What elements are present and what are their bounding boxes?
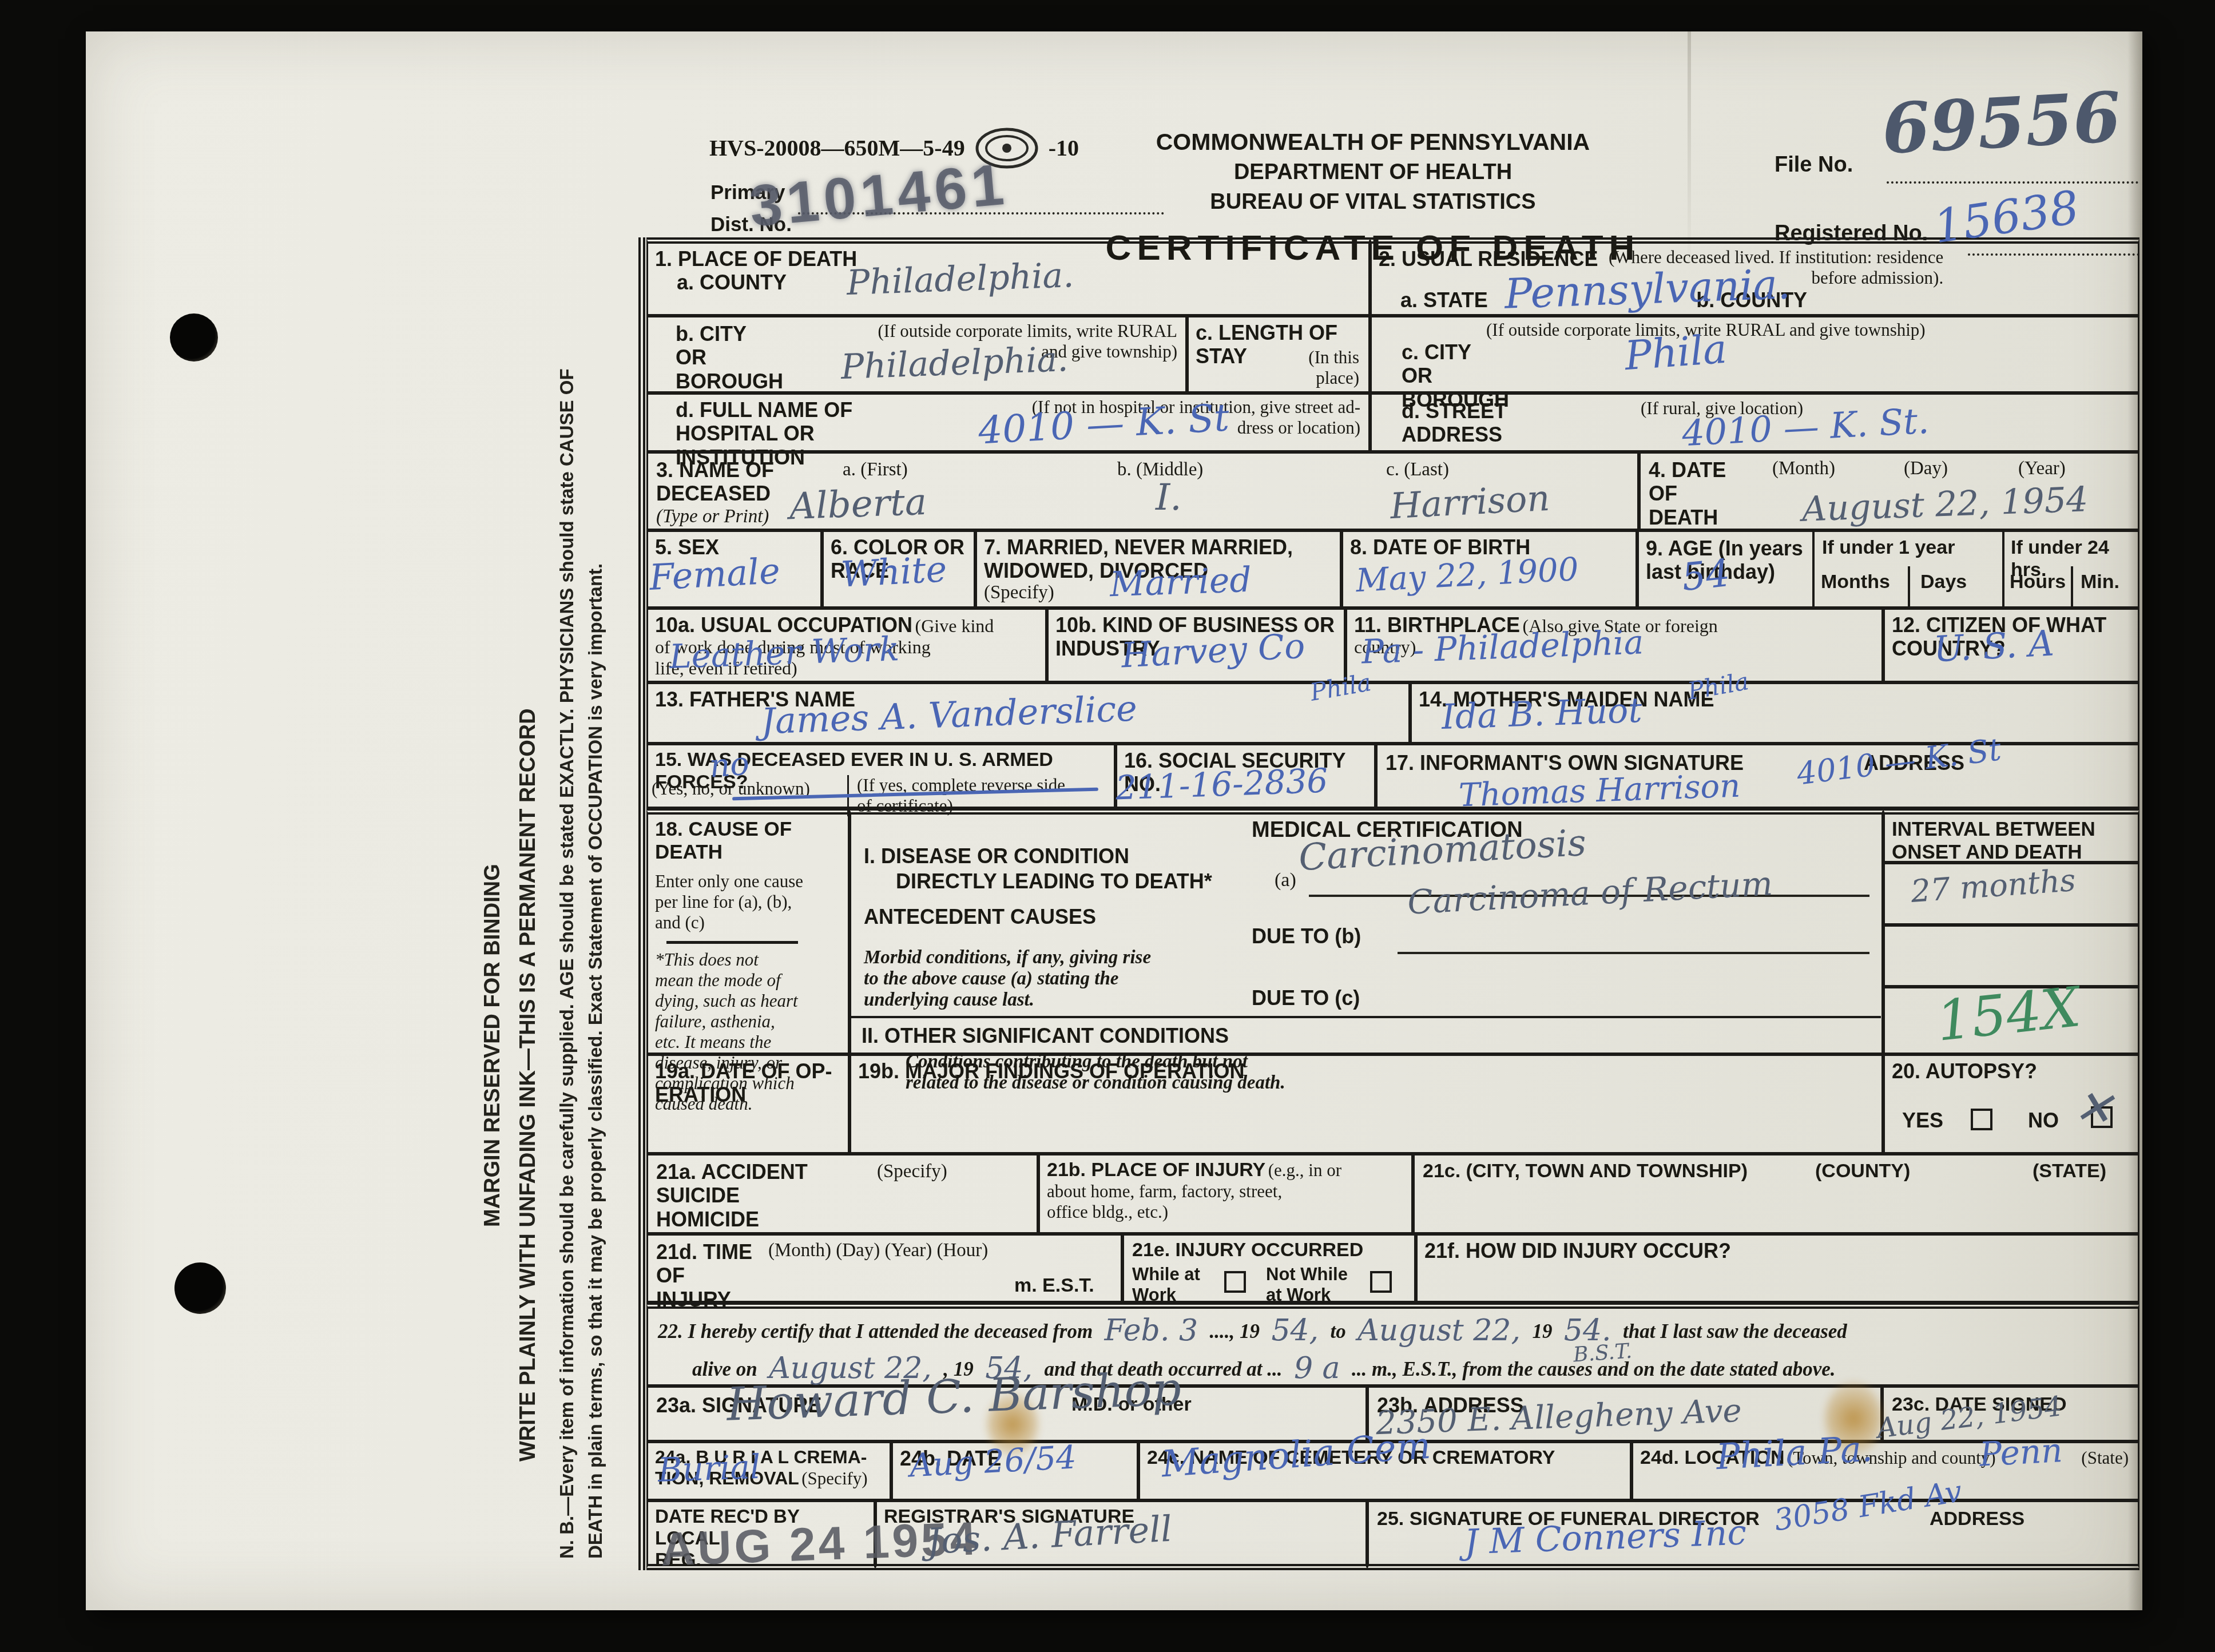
field-3-label: 3. NAME OF DECEASED xyxy=(656,458,774,506)
field-2-label: 2. USUAL RESIDENCE xyxy=(1379,247,1598,271)
field-21f-label: 21f. HOW DID INJURY OCCUR? xyxy=(1424,1239,2131,1262)
field-3-first-label: a. (First) xyxy=(843,459,908,480)
field-21e-box: 21e. INJURY OCCURRED While at Work Not W… xyxy=(1122,1234,1416,1302)
field-20-label: 20. AUTOPSY? xyxy=(1892,1059,2131,1083)
due-to-b-tag: DUE TO (b) xyxy=(1252,924,1361,948)
morbid-text: Morbid conditions, if any, giving rise t… xyxy=(864,947,1151,1011)
value-citizenship: U. S. A xyxy=(1932,622,2055,670)
margin-binding-text: MARGIN RESERVED FOR BINDING xyxy=(481,398,505,1227)
value-armed-forces: no xyxy=(708,745,751,785)
certify-p4: 19 xyxy=(1532,1320,1552,1343)
field-4-day-label: (Day) xyxy=(1904,458,1948,479)
margin-plainly-text: WRITE PLAINLY WITH UNFADING INK—THIS IS … xyxy=(516,237,541,1462)
field-18-instructions-box: 18. CAUSE OF DEATH Enter only one cause … xyxy=(646,808,850,1054)
field-19a-label: 19a. DATE OF OP- ERATION xyxy=(655,1059,841,1107)
injury-at-work-checkbox[interactable] xyxy=(1224,1271,1246,1293)
disease-label-2: DIRECTLY LEADING TO DEATH* xyxy=(896,869,1212,893)
field-21b-box: 21b. PLACE OF INJURY (e.g., in or about … xyxy=(1038,1154,1413,1234)
field-1b-label: b. CITY OR BOROUGH xyxy=(676,322,783,393)
value-place-city: Philadelphia. xyxy=(840,339,1069,387)
field-21d-label: 21d. TIME OF INJURY xyxy=(656,1240,752,1311)
disease-a-tag: (a) xyxy=(1275,869,1296,891)
certify-from-date: Feb. 3 xyxy=(1105,1313,1198,1348)
disease-label-1: I. DISEASE OR CONDITION xyxy=(864,844,1129,868)
field-19b-label: 19b. MAJOR FINDINGS OF OPERATION xyxy=(858,1059,1875,1083)
file-no-value: 69556 xyxy=(1880,77,2123,170)
field-1c-stay-box: c. LENGTH OF STAY (In this place) xyxy=(1187,316,1370,393)
age-divider-3 xyxy=(2002,532,2004,606)
age-under1-label: If under 1 year xyxy=(1822,537,1955,559)
field-4-month-label: (Month) xyxy=(1772,458,1835,479)
field-19a-box: 19a. DATE OF OP- ERATION xyxy=(646,1054,850,1154)
age-days-label: Days xyxy=(1920,571,1967,593)
autopsy-yes-checkbox[interactable] xyxy=(1971,1109,1992,1130)
field-3-last-label: c. (Last) xyxy=(1386,459,1449,480)
field-21a-box: 21a. ACCIDENT SUICIDE HOMICIDE (Specify) xyxy=(646,1154,1038,1234)
interval-label-box: INTERVAL BETWEEN ONSET AND DEATH xyxy=(1883,808,2139,863)
autopsy-no-label: NO xyxy=(2028,1109,2059,1132)
certify-bst-note: B.S.T. xyxy=(1573,1339,1633,1367)
certify-hour: 9 a xyxy=(1294,1351,1340,1385)
other-conditions-label: II. OTHER SIGNIFICANT CONDITIONS xyxy=(862,1024,1229,1047)
value-occupation: Leather Work xyxy=(669,629,900,676)
field-21f-box: 21f. HOW DID INJURY OCCUR? xyxy=(1416,1234,2139,1302)
field-20-autopsy-box: 20. AUTOPSY? YES NO ✕ xyxy=(1883,1054,2139,1154)
field-18-inst1: Enter only one cause per line for (a), (… xyxy=(655,871,841,933)
certify-p1: 22. I hereby certify that I attended the… xyxy=(658,1320,1093,1343)
field-1c-paren: (In this place) xyxy=(1308,347,1359,388)
age-divider-1 xyxy=(1812,532,1815,606)
injury-not-at-work-checkbox[interactable] xyxy=(1370,1271,1392,1293)
value-residence-state: Pennsylvania. xyxy=(1504,260,1792,317)
field-21c-label: 21c. (CITY, TOWN AND TOWNSHIP) xyxy=(1423,1160,1748,1182)
age-hours-label: Hours xyxy=(2010,571,2066,593)
due-to-c-tag: DUE TO (c) xyxy=(1252,986,1360,1010)
autopsy-no-mark: ✕ xyxy=(2071,1079,2115,1138)
value-name-middle: I. xyxy=(1156,476,1182,519)
field-2c-city-box: c. CITY OR BOROUGH (If outside corporate… xyxy=(1370,316,2139,393)
file-no-label: File No. xyxy=(1775,153,1853,178)
death-certificate-sheet: MARGIN RESERVED FOR BINDING WRITE PLAINL… xyxy=(86,31,2142,1610)
field-21d-est: m. E.S.T. xyxy=(1014,1274,1094,1297)
department-line: DEPARTMENT OF HEALTH xyxy=(995,160,1750,185)
certify-line-1: 22. I hereby certify that I attended the… xyxy=(658,1311,1847,1353)
value-residence-city: Phila xyxy=(1623,325,1728,379)
value-marital: Married xyxy=(1109,560,1252,605)
value-cemetery-state: Penn xyxy=(1978,1431,2063,1474)
injury-not-at-work-label: Not While at Work xyxy=(1266,1264,1348,1305)
field-21d-box: 21d. TIME OF INJURY (Month) (Day) (Year)… xyxy=(646,1234,1122,1302)
value-mother-name: Ida B. Huot xyxy=(1441,690,1643,737)
form-left-rule xyxy=(638,237,645,1570)
photographed-death-certificate: { "colors": { "paper":"#e9e8e0", "line":… xyxy=(0,0,2215,1652)
field-21a-label: 21a. ACCIDENT SUICIDE HOMICIDE xyxy=(656,1160,808,1231)
interval-b-box xyxy=(1883,925,2139,987)
field-21a-specify: (Specify) xyxy=(877,1161,947,1182)
punch-hole-bottom xyxy=(174,1262,226,1314)
field-4-year-label: (Year) xyxy=(2018,458,2066,479)
age-min-label: Min. xyxy=(2081,571,2119,593)
age-divider-2 xyxy=(1908,566,1910,606)
autopsy-yes-label: YES xyxy=(1902,1109,1943,1132)
margin-nb-line2: DEATH in plain terms, so that it may be … xyxy=(585,140,606,1559)
punch-hole-top xyxy=(170,313,218,362)
field-24a-specify: (Specify) xyxy=(801,1468,867,1488)
field-21e-label: 21e. INJURY OCCURRED xyxy=(1132,1239,1363,1261)
field-21b-label: 21b. PLACE OF INJURY xyxy=(1047,1159,1265,1181)
other-conditions-divider xyxy=(851,1016,1881,1018)
value-sex: Female xyxy=(648,550,781,598)
due-to-b-line xyxy=(1398,952,1869,954)
certify-p2: ...., 19 xyxy=(1210,1320,1260,1343)
certify-p3: to xyxy=(1331,1320,1346,1343)
value-age: 54 xyxy=(1680,551,1732,599)
field-4-label: 4. DATE OF DEATH xyxy=(1649,458,1726,529)
certify-to-date: August 22, xyxy=(1357,1313,1521,1348)
value-burial: Burial xyxy=(657,1447,761,1490)
certify-from-year: 54, xyxy=(1271,1313,1319,1348)
field-21d-cols: (Month) (Day) (Year) (Hour) xyxy=(768,1240,988,1261)
field-2a-label: a. STATE xyxy=(1400,288,1488,312)
field-21c-county-label: (COUNTY) xyxy=(1815,1160,1910,1182)
value-ssn: 211-16-2836 xyxy=(1115,761,1328,808)
field-18-label: 18. CAUSE OF DEATH xyxy=(655,818,841,864)
antecedent-label: ANTECEDENT CAUSES xyxy=(864,905,1096,928)
field-3-type-label: (Type or Print) xyxy=(656,506,769,527)
field-2d-label: d. STREET ADDRESS xyxy=(1402,399,1507,447)
age-months-label: Months xyxy=(1821,571,1890,593)
injury-at-work-label: While at Work xyxy=(1132,1264,1200,1305)
value-cemetery-location: Phila Pa. xyxy=(1715,1428,1873,1478)
certify-p5: that I last saw the deceased xyxy=(1623,1320,1847,1343)
value-name-last: Harrison xyxy=(1389,477,1551,527)
value-place-county: Philadelphia. xyxy=(846,255,1075,303)
field-19b-box: 19b. MAJOR FINDINGS OF OPERATION xyxy=(850,1054,1883,1154)
margin-nb-line1: N. B.—Every item of information should b… xyxy=(556,140,578,1559)
field-7-specify-label: (Specify) xyxy=(984,582,1054,603)
inst-divider xyxy=(666,941,798,944)
bureau-line: BUREAU OF VITAL STATISTICS xyxy=(995,190,1750,215)
field-24d-state-label: (State) xyxy=(2081,1448,2129,1468)
interval-label: INTERVAL BETWEEN ONSET AND DEATH xyxy=(1892,818,2131,864)
field-21c-state-label: (STATE) xyxy=(2033,1160,2106,1182)
file-no-line xyxy=(1887,181,2138,184)
commonwealth-line: COMMONWEALTH OF PENNSYLVANIA xyxy=(995,129,1750,156)
field-21c-box: 21c. (CITY, TOWN AND TOWNSHIP) (COUNTY) … xyxy=(1413,1154,2139,1234)
value-race: White xyxy=(840,548,948,595)
value-name-first: Alberta xyxy=(789,481,927,528)
